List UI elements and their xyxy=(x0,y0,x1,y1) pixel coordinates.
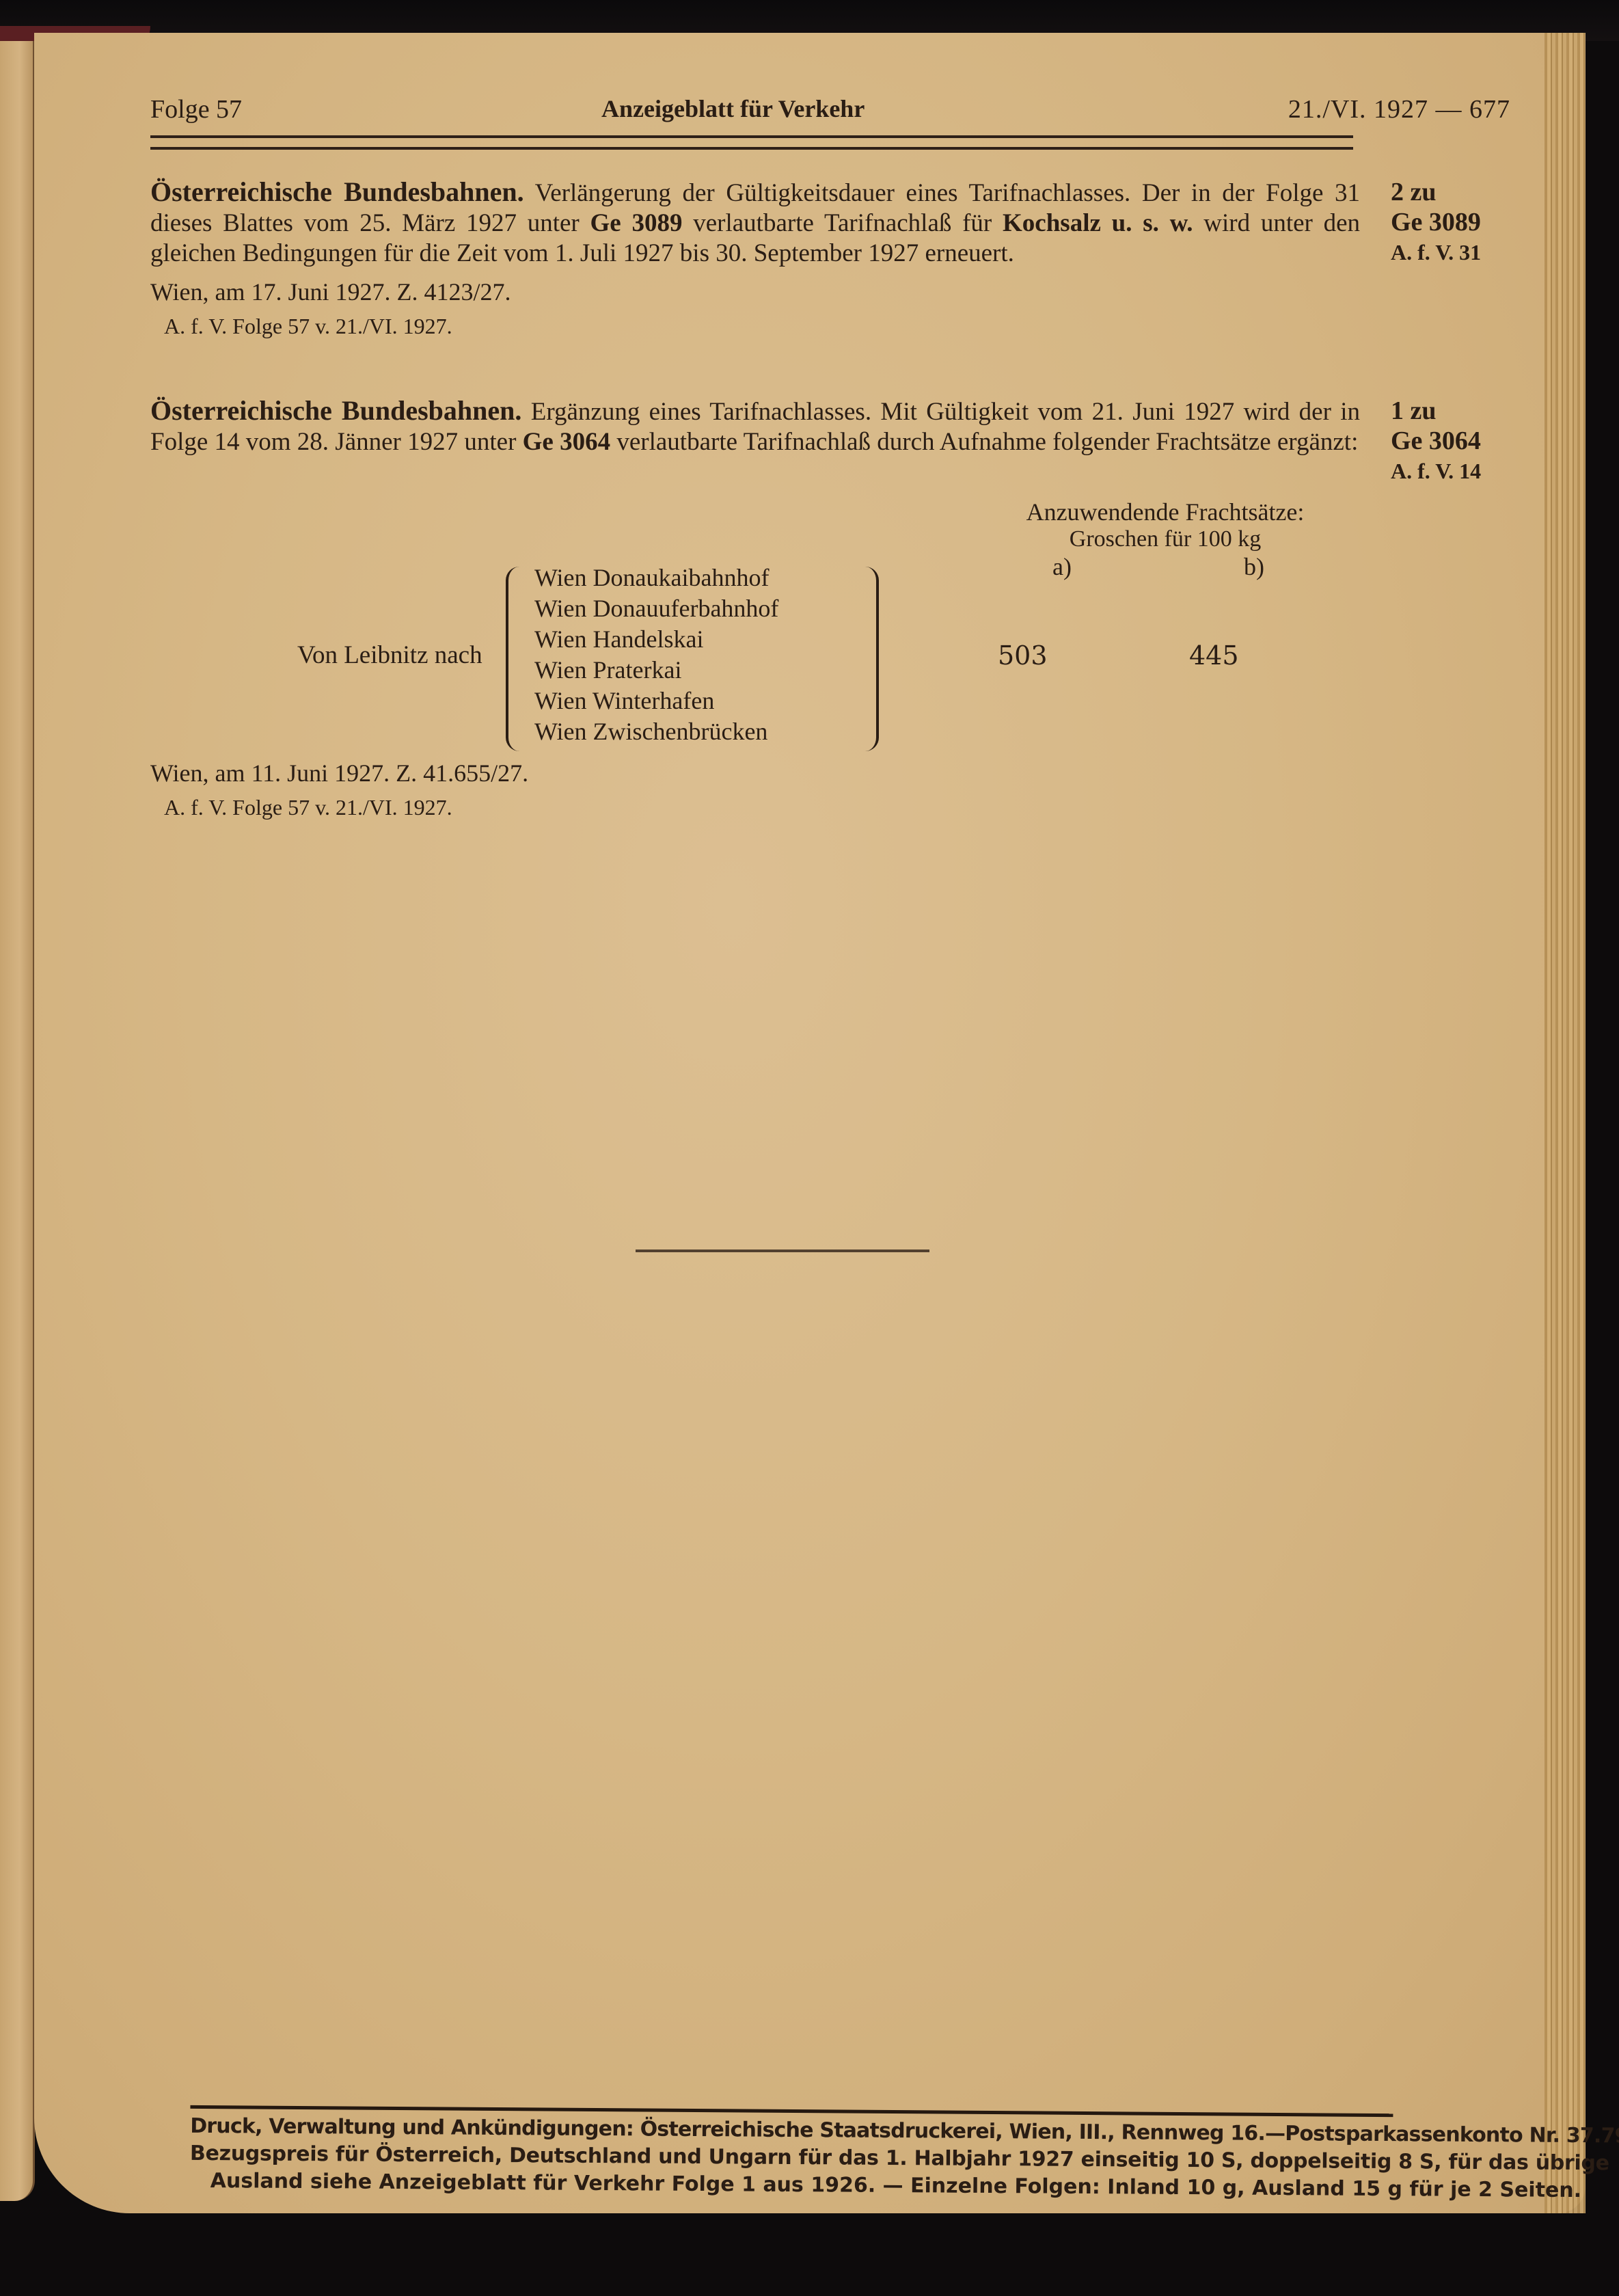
rates-table: Von Leibnitz nach Wien Donaukaibahnhof W… xyxy=(150,560,1510,758)
margin-note-code: Ge 3064 xyxy=(1391,426,1514,456)
notice-tariff-extension: Österreichische Bundesbahnen. Verlängeru… xyxy=(150,177,1510,341)
page-stack-edge xyxy=(1545,33,1586,2213)
destination-item: Wien Donauuferbahnhof xyxy=(534,593,778,624)
notice-text: verlautbarte Tarifnachlaß für xyxy=(693,209,992,237)
margin-note-line: 2 zu xyxy=(1391,177,1514,207)
commodity-name: Kochsalz u. s. w. xyxy=(1003,209,1193,237)
running-header: Folge 57 Anzeigeblatt für Verkehr 21./VI… xyxy=(150,94,1510,133)
destination-item: Wien Handelskai xyxy=(534,624,778,655)
document-page: Folge 57 Anzeigeblatt für Verkehr 21./VI… xyxy=(34,33,1586,2213)
notice-reference: A. f. V. Folge 57 v. 21./VI. 1927. xyxy=(164,792,1510,822)
margin-note: 2 zu Ge 3089 A. f. V. 31 xyxy=(1391,177,1514,267)
notice-title: Ergänzung eines Tarifnachlasses. xyxy=(531,398,871,426)
rates-heading: Anzuwendende Frachtsätze: xyxy=(974,498,1357,526)
rate-value-a: 503 xyxy=(998,640,1048,671)
margin-note-line: 1 zu xyxy=(1391,396,1514,426)
page-content: Folge 57 Anzeigeblatt für Verkehr 21./VI… xyxy=(150,94,1510,822)
route-origin: Von Leibnitz nach xyxy=(297,640,482,671)
notice-title: Verlängerung der Gültigkeitsdauer eines … xyxy=(535,179,1131,207)
notice-signature: Wien, am 17. Juni 1927. Z. 4123/27. xyxy=(150,277,1510,307)
imprint-footer: Druck, Verwaltung und Ankündigungen: Öst… xyxy=(190,2105,1393,2203)
margin-note-code: Ge 3089 xyxy=(1391,207,1514,237)
destination-item: Wien Praterkai xyxy=(534,655,778,686)
tariff-code: Ge 3089 xyxy=(590,209,683,237)
rates-unit: Groschen für 100 kg xyxy=(974,526,1357,553)
left-brace xyxy=(506,567,523,751)
margin-note-ref: A. f. V. 14 xyxy=(1391,456,1514,486)
right-brace xyxy=(861,567,879,751)
header-rule xyxy=(150,135,1353,150)
notice-signature: Wien, am 11. Juni 1927. Z. 41.655/27. xyxy=(150,758,1510,788)
section-divider xyxy=(636,1250,929,1252)
notice-text: verlautbarte Tarifnachlaß durch Aufnahme… xyxy=(616,428,1358,456)
issue-number: Folge 57 xyxy=(150,94,242,124)
rate-value-b: 445 xyxy=(1189,640,1239,671)
notice-body: Österreichische Bundesbahnen. Ergänzung … xyxy=(150,396,1360,457)
publication-title: Anzeigeblatt für Verkehr xyxy=(601,94,865,123)
destination-item: Wien Donaukaibahnhof xyxy=(534,563,778,593)
notice-tariff-supplement: Österreichische Bundesbahnen. Ergänzung … xyxy=(150,396,1510,822)
notice-heading: Österreichische Bundesbahnen. xyxy=(150,176,524,207)
destination-item: Wien Winterhafen xyxy=(534,686,778,716)
notice-body: Österreichische Bundesbahnen. Verlängeru… xyxy=(150,177,1360,269)
destination-item: Wien Zwischenbrücken xyxy=(534,716,778,747)
notice-heading: Österreichische Bundesbahnen. xyxy=(150,395,521,426)
margin-note: 1 zu Ge 3064 A. f. V. 14 xyxy=(1391,396,1514,486)
notice-reference: A. f. V. Folge 57 v. 21./VI. 1927. xyxy=(164,311,1510,341)
date-and-page: 21./VI. 1927 — 677 xyxy=(1288,94,1510,124)
destination-list: Wien Donaukaibahnhof Wien Donauuferbahnh… xyxy=(534,563,778,747)
facing-page-edge xyxy=(0,41,35,2201)
tariff-code: Ge 3064 xyxy=(523,428,610,456)
margin-note-ref: A. f. V. 31 xyxy=(1391,237,1514,267)
